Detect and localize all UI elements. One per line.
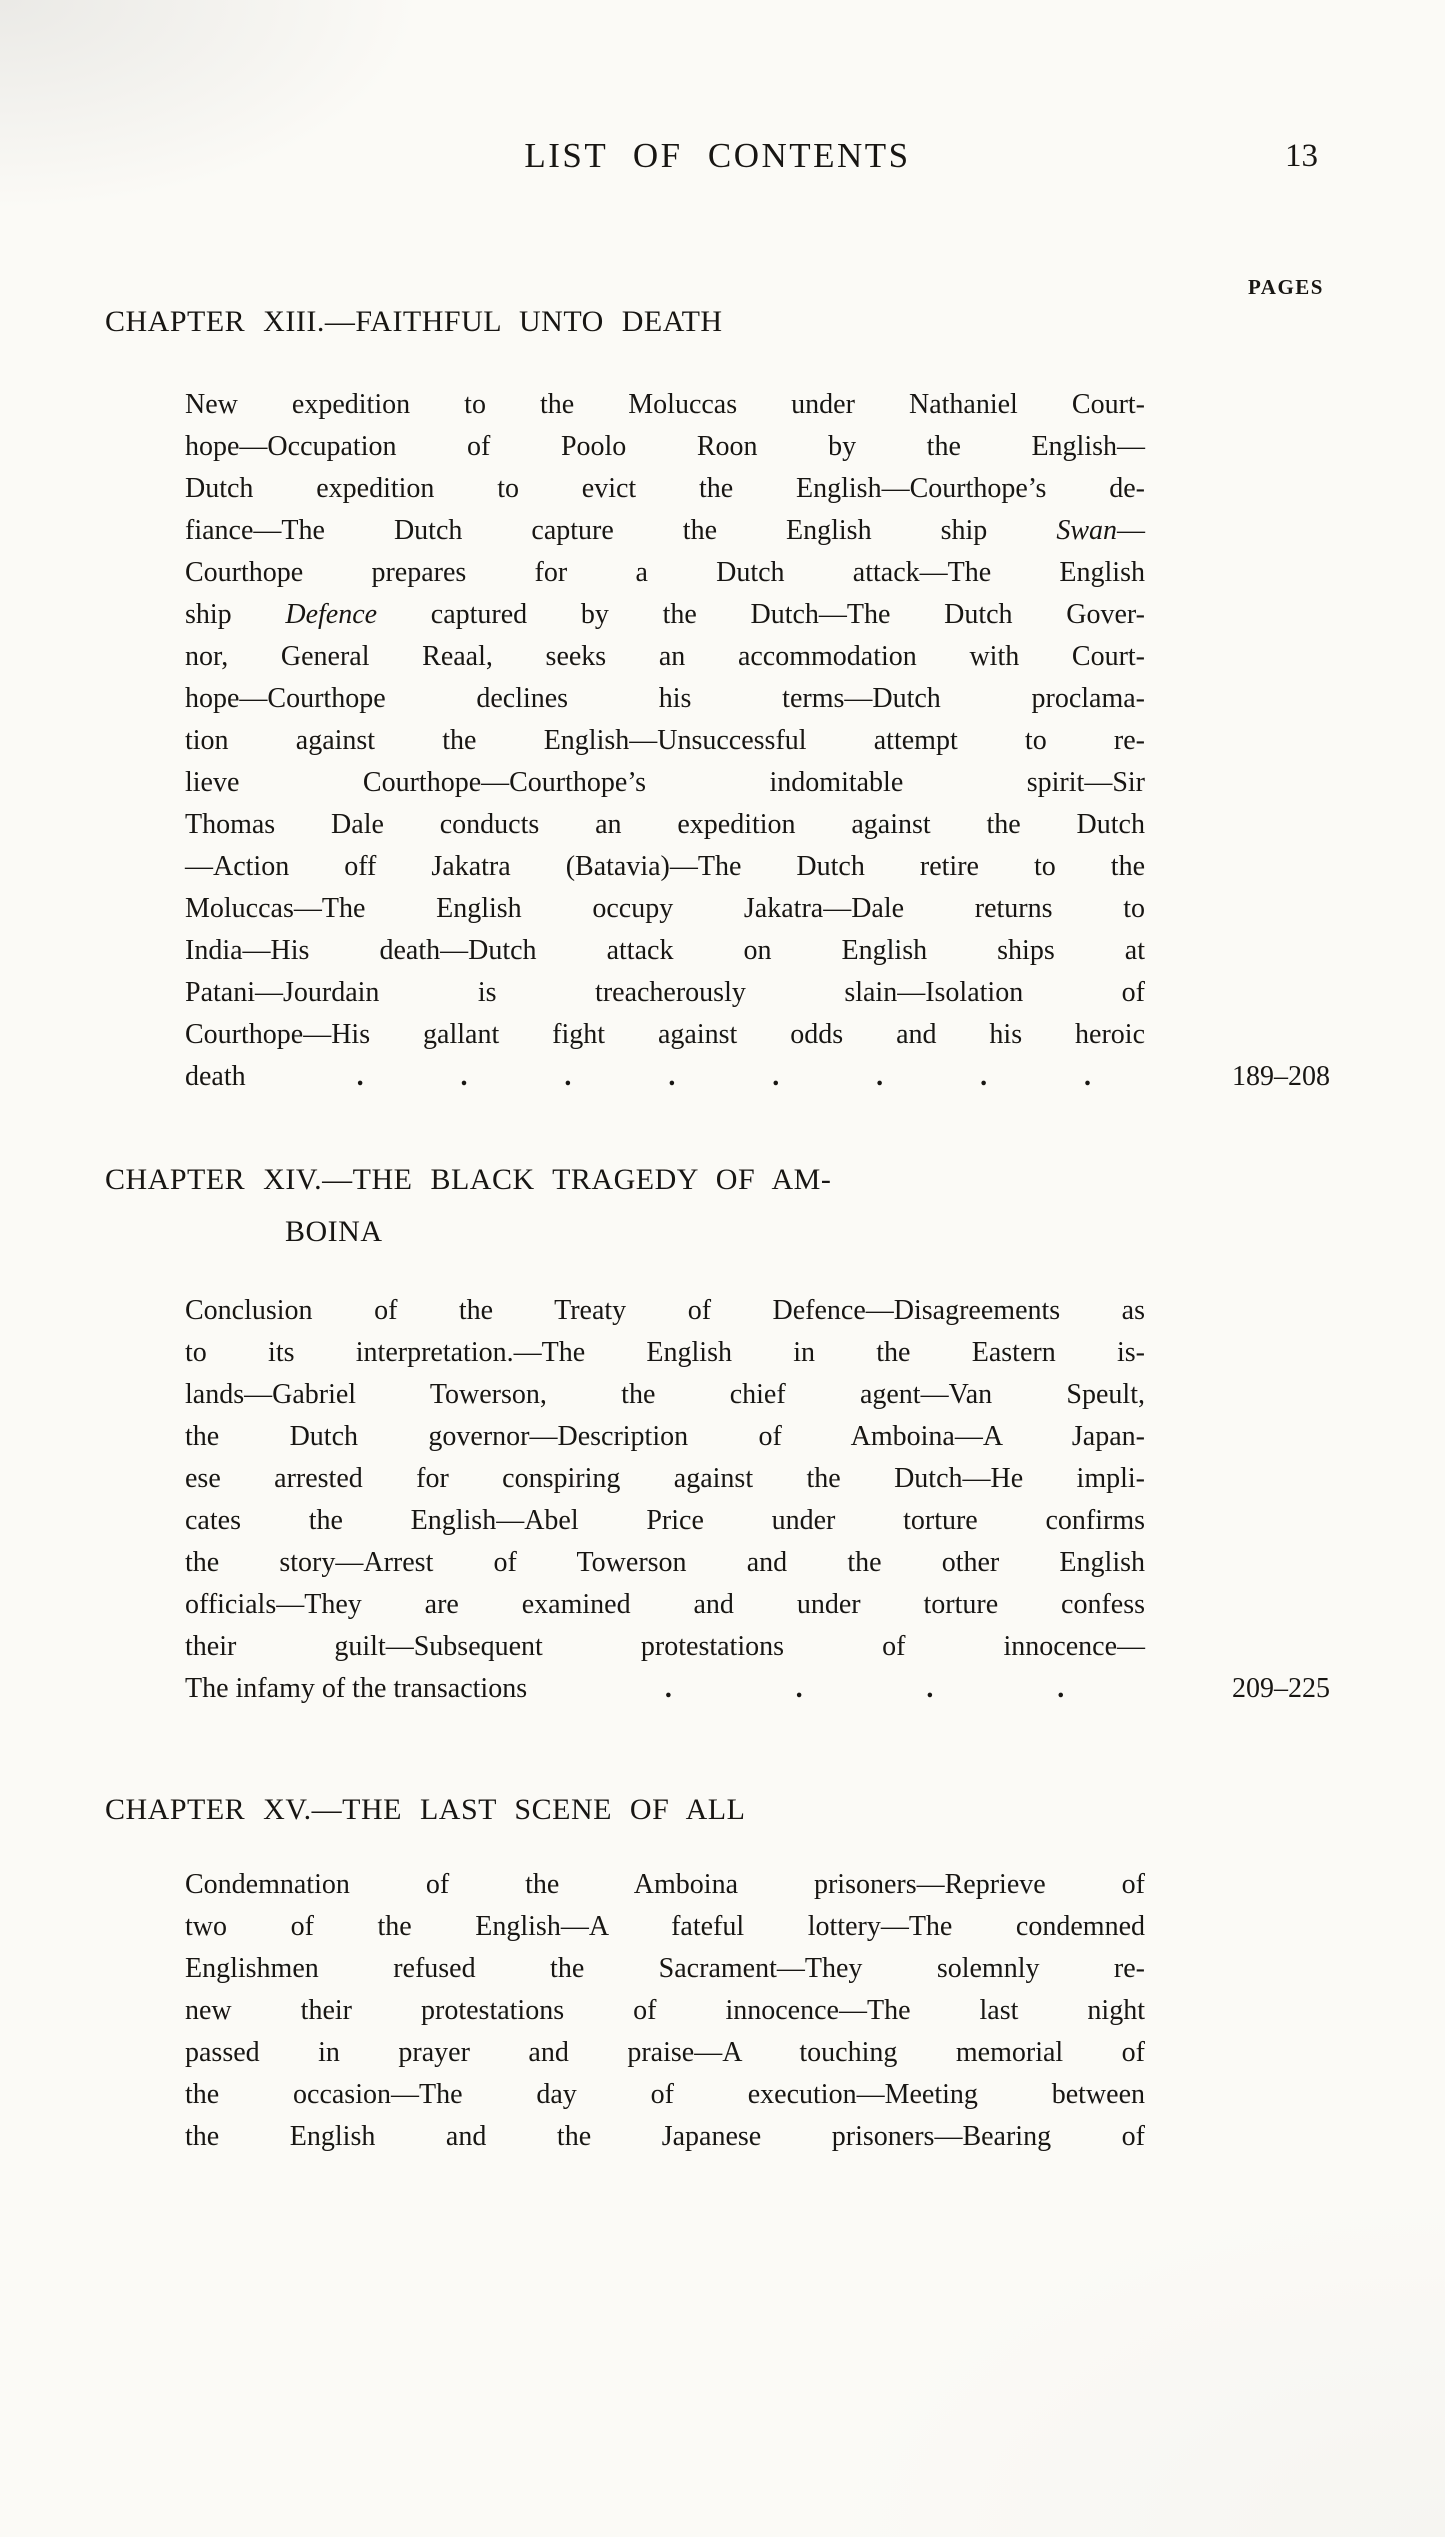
dot-leader: ........ — [246, 1056, 1202, 1098]
summary-text: nor, General Reaal, seeks an accommodati… — [185, 641, 1145, 672]
leader-dot: . — [564, 1056, 571, 1098]
summary-text: the occasion—The day of execution—Meetin… — [185, 2079, 1145, 2110]
summary-line: Dutch expedition to evict the English—Co… — [185, 468, 1145, 510]
summary-text: ese arrested for conspiring against the … — [185, 1463, 1145, 1494]
chapter-heading: CHAPTER XIII.—FAITHFUL UNTO DEATH — [105, 300, 1330, 344]
summary-line: hope—Courthope declines his terms—Dutch … — [185, 678, 1145, 720]
summary-line: lieve Courthope—Courthope’s indomitable … — [185, 762, 1145, 804]
chapter-list: CHAPTER XIII.—FAITHFUL UNTO DEATHNew exp… — [105, 300, 1330, 2158]
summary-line: Thomas Dale conducts an expedition again… — [185, 804, 1145, 846]
page-content: LIST OF CONTENTS 13 PAGES CHAPTER XIII.—… — [105, 136, 1330, 2158]
summary-text: tion against the English—Unsuccessful at… — [185, 725, 1145, 756]
chapter-section: CHAPTER XIII.—FAITHFUL UNTO DEATHNew exp… — [105, 300, 1330, 1098]
summary-line: —Action off Jakatra (Batavia)—The Dutch … — [185, 846, 1145, 888]
chapter-summary: New expedition to the Moluccas under Nat… — [185, 384, 1330, 1098]
leader-dot: . — [1057, 1668, 1064, 1710]
summary-line: cates the English—Abel Price under tortu… — [185, 1500, 1145, 1542]
summary-text: New expedition to the Moluccas under Nat… — [185, 389, 1145, 420]
leader-dot: . — [1084, 1056, 1091, 1098]
leader-dot: . — [668, 1056, 675, 1098]
folio-page-number: 13 — [1285, 138, 1318, 175]
summary-line: the occasion—The day of execution—Meetin… — [185, 2074, 1145, 2116]
summary-text: the English and the Japanese prisoners—B… — [185, 2121, 1145, 2152]
leader-dot: . — [980, 1056, 987, 1098]
summary-line: hope—Occupation of Poolo Roon by the Eng… — [185, 426, 1145, 468]
summary-line: Courthope—His gallant fight against odds… — [185, 1014, 1145, 1056]
summary-line: tion against the English—Unsuccessful at… — [185, 720, 1145, 762]
summary-text: to its interpretation.—The English in th… — [185, 1337, 1145, 1368]
summary-text: Englishmen refused the Sacrament—They so… — [185, 1953, 1145, 1984]
summary-text: ship — [185, 599, 285, 630]
chapter-heading-line: BOINA — [105, 1206, 1330, 1258]
summary-text: hope—Occupation of Poolo Roon by the Eng… — [185, 431, 1145, 462]
summary-line: passed in prayer and praise—A touching m… — [185, 2032, 1145, 2074]
chapter-heading-line: CHAPTER XIII.—FAITHFUL UNTO DEATH — [105, 300, 1330, 344]
summary-line: fiance—The Dutch capture the English shi… — [185, 510, 1145, 552]
summary-line: lands—Gabriel Towerson, the chief agent—… — [185, 1374, 1145, 1416]
summary-text: Courthope—His gallant fight against odds… — [185, 1019, 1145, 1050]
summary-line: nor, General Reaal, seeks an accommodati… — [185, 636, 1145, 678]
summary-text: Courthope prepares for a Dutch attack—Th… — [185, 557, 1145, 588]
summary-line: two of the English—A fateful lottery—The… — [185, 1906, 1145, 1948]
summary-text: the story—Arrest of Towerson and the oth… — [185, 1547, 1145, 1578]
page-range: 189–208 — [1202, 1056, 1330, 1098]
chapter-heading: CHAPTER XIV.—THE BLACK TRAGEDY OF AM-BOI… — [105, 1154, 1330, 1258]
summary-line: to its interpretation.—The English in th… — [185, 1332, 1145, 1374]
leader-dot: . — [460, 1056, 467, 1098]
page-range: 209–225 — [1202, 1668, 1330, 1710]
summary-text: new their protestations of innocence—The… — [185, 1995, 1145, 2026]
leader-line: death........189–208 — [185, 1056, 1330, 1098]
chapter-heading: CHAPTER XV.—THE LAST SCENE OF ALL — [105, 1788, 1330, 1832]
leader-dot: . — [926, 1668, 933, 1710]
summary-text: lieve Courthope—Courthope’s indomitable … — [185, 767, 1145, 798]
summary-text: Moluccas—The English occupy Jakatra—Dale… — [185, 893, 1145, 924]
pages-column-label: PAGES — [105, 274, 1330, 300]
ship-name-italic: Defence — [285, 599, 377, 630]
chapter-heading-line: CHAPTER XV.—THE LAST SCENE OF ALL — [105, 1788, 1330, 1832]
summary-text: Condemnation of the Amboina prisoners—Re… — [185, 1869, 1145, 1900]
summary-line: new their protestations of innocence—The… — [185, 1990, 1145, 2032]
summary-line: New expedition to the Moluccas under Nat… — [185, 384, 1145, 426]
summary-text: the Dutch governor—Description of Amboin… — [185, 1421, 1145, 1452]
page-header: LIST OF CONTENTS 13 — [105, 136, 1330, 186]
summary-line: officials—They are examined and under to… — [185, 1584, 1145, 1626]
summary-text: India—His death—Dutch attack on English … — [185, 935, 1145, 966]
summary-line: the story—Arrest of Towerson and the oth… — [185, 1542, 1145, 1584]
summary-line: the Dutch governor—Description of Amboin… — [185, 1416, 1145, 1458]
leader-dot: . — [357, 1056, 364, 1098]
summary-text: fiance—The Dutch capture the English shi… — [185, 515, 1056, 546]
summary-text: lands—Gabriel Towerson, the chief agent—… — [185, 1379, 1145, 1410]
leader-line: The infamy of the transactions....209–22… — [185, 1668, 1330, 1710]
leader-dot: . — [665, 1668, 672, 1710]
leader-text: death — [185, 1056, 246, 1098]
summary-text: two of the English—A fateful lottery—The… — [185, 1911, 1145, 1942]
chapter-section: CHAPTER XIV.—THE BLACK TRAGEDY OF AM-BOI… — [105, 1154, 1330, 1710]
summary-text: captured by the Dutch—The Dutch Gover- — [377, 599, 1145, 630]
leader-dot: . — [772, 1056, 779, 1098]
dot-leader: .... — [527, 1668, 1202, 1710]
summary-text: Thomas Dale conducts an expedition again… — [185, 809, 1145, 840]
chapter-summary: Conclusion of the Treaty of Defence—Disa… — [185, 1290, 1330, 1710]
summary-text: officials—They are examined and under to… — [185, 1589, 1145, 1620]
leader-dot: . — [876, 1056, 883, 1098]
summary-line: Englishmen refused the Sacrament—They so… — [185, 1948, 1145, 1990]
summary-line: Patani—Jourdain is treacherously slain—I… — [185, 972, 1145, 1014]
summary-line: the English and the Japanese prisoners—B… — [185, 2116, 1145, 2158]
leader-text: The infamy of the transactions — [185, 1668, 527, 1710]
ship-name-italic: Swan — [1056, 515, 1117, 546]
summary-text: cates the English—Abel Price under tortu… — [185, 1505, 1145, 1536]
chapter-section: CHAPTER XV.—THE LAST SCENE OF ALLCondemn… — [105, 1788, 1330, 2158]
summary-text: Dutch expedition to evict the English—Co… — [185, 473, 1145, 504]
summary-line: Conclusion of the Treaty of Defence—Disa… — [185, 1290, 1145, 1332]
summary-line: India—His death—Dutch attack on English … — [185, 930, 1145, 972]
chapter-heading-line: CHAPTER XIV.—THE BLACK TRAGEDY OF AM- — [105, 1154, 1330, 1206]
summary-line: ese arrested for conspiring against the … — [185, 1458, 1145, 1500]
chapter-summary: Condemnation of the Amboina prisoners—Re… — [185, 1864, 1330, 2158]
page-title: LIST OF CONTENTS — [105, 136, 1330, 176]
summary-text: hope—Courthope declines his terms—Dutch … — [185, 683, 1145, 714]
summary-text: their guilt—Subsequent protestations of … — [185, 1631, 1145, 1662]
summary-line: Moluccas—The English occupy Jakatra—Dale… — [185, 888, 1145, 930]
summary-line: ship Defence captured by the Dutch—The D… — [185, 594, 1145, 636]
summary-text: — — [1117, 515, 1145, 546]
summary-line: Condemnation of the Amboina prisoners—Re… — [185, 1864, 1145, 1906]
summary-line: their guilt—Subsequent protestations of … — [185, 1626, 1145, 1668]
scanned-book-page: { "document": { "title": "LIST OF CONTEN… — [0, 0, 1445, 2537]
summary-line: Courthope prepares for a Dutch attack—Th… — [185, 552, 1145, 594]
summary-text: Patani—Jourdain is treacherously slain—I… — [185, 977, 1145, 1008]
summary-text: Conclusion of the Treaty of Defence—Disa… — [185, 1295, 1145, 1326]
summary-text: —Action off Jakatra (Batavia)—The Dutch … — [185, 851, 1145, 882]
leader-dot: . — [796, 1668, 803, 1710]
summary-text: passed in prayer and praise—A touching m… — [185, 2037, 1145, 2068]
